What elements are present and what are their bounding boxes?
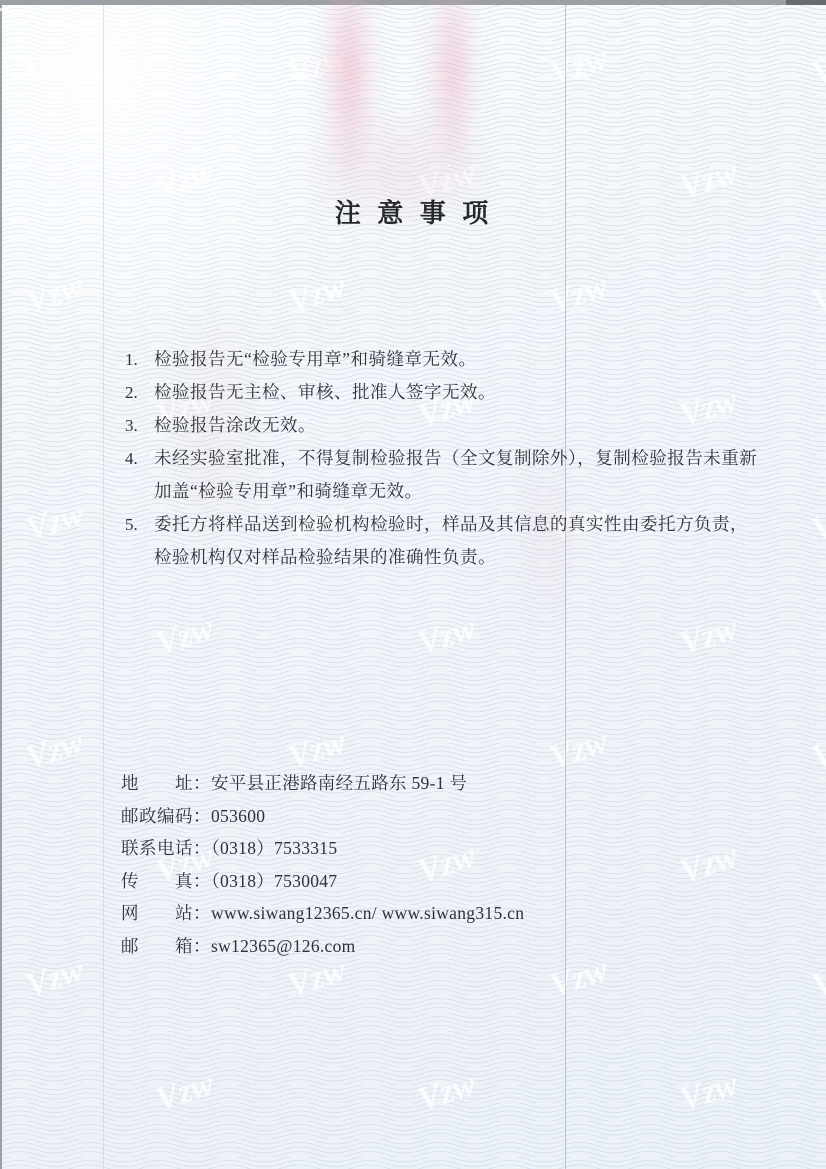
note-line: 检验报告无“检验专用章”和骑缝章无效。 <box>154 343 477 376</box>
document-page: Vzw Vzw 注 意 事 项 1. 检验报告无“检验专用章”和骑缝章无效。 <box>2 5 826 1169</box>
scanned-document: Vzw Vzw 注 意 事 项 1. 检验报告无“检验专用章”和骑缝章无效。 <box>0 0 826 1169</box>
contact-value: www.siwang12365.cn/ www.siwang315.cn <box>211 903 524 923</box>
note-number: 4. <box>125 442 154 508</box>
notice-title: 注 意 事 项 <box>2 193 826 230</box>
note-line: 委托方将样品送到检验机构检验时，样品及其信息的真实性由委托方负责， <box>154 508 748 541</box>
note-item: 3. 检验报告涂改无效。 <box>125 409 757 442</box>
contact-value: sw12365@126.com <box>211 936 356 956</box>
contact-label: 网 站： <box>121 903 211 923</box>
note-item: 4. 未经实验室批准，不得复制检验报告（全文复制除外），复制检验报告未重新 加盖… <box>125 442 757 508</box>
note-line: 检验报告涂改无效。 <box>154 409 316 442</box>
contact-row: 邮政编码：053600 <box>121 800 524 833</box>
notes-list: 1. 检验报告无“检验专用章”和骑缝章无效。 2. 检验报告无主检、审核、批准人… <box>125 343 757 574</box>
contact-value: （0318）7533315 <box>211 838 337 858</box>
note-item: 2. 检验报告无主检、审核、批准人签字无效。 <box>125 376 757 409</box>
note-line: 加盖“检验专用章”和骑缝章无效。 <box>154 475 757 508</box>
contact-value: 安平县正港路南经五路东 59-1 号 <box>211 773 467 793</box>
note-number: 3. <box>125 409 154 442</box>
contact-value: 053600 <box>211 806 265 826</box>
contact-row: 地 址：安平县正港路南经五路东 59-1 号 <box>121 767 524 800</box>
note-number: 1. <box>125 343 154 376</box>
contact-label: 传 真： <box>121 871 211 891</box>
contact-row: 传 真：（0318）7530047 <box>121 865 524 898</box>
contact-label: 联系电话： <box>121 838 211 858</box>
contact-row: 网 站：www.siwang12365.cn/ www.siwang315.cn <box>121 897 524 930</box>
contact-row: 邮 箱：sw12365@126.com <box>121 930 524 963</box>
note-line: 检验机构仅对样品检验结果的准确性负责。 <box>154 541 748 574</box>
contact-value: （0318）7530047 <box>211 871 337 891</box>
note-line: 检验报告无主检、审核、批准人签字无效。 <box>154 376 496 409</box>
note-number: 5. <box>125 508 154 574</box>
note-line: 未经实验室批准，不得复制检验报告（全文复制除外），复制检验报告未重新 <box>154 442 757 475</box>
contact-row: 联系电话：（0318）7533315 <box>121 832 524 865</box>
contact-block: 地 址：安平县正港路南经五路东 59-1 号 邮政编码：053600 联系电话：… <box>121 767 524 962</box>
contact-label: 邮政编码： <box>121 806 211 826</box>
contact-label: 邮 箱： <box>121 936 211 956</box>
note-number: 2. <box>125 376 154 409</box>
note-item: 5. 委托方将样品送到检验机构检验时，样品及其信息的真实性由委托方负责， 检验机… <box>125 508 757 574</box>
contact-label: 地 址： <box>121 773 211 793</box>
note-item: 1. 检验报告无“检验专用章”和骑缝章无效。 <box>125 343 757 376</box>
page-content: 注 意 事 项 1. 检验报告无“检验专用章”和骑缝章无效。 2. 检验报告无主… <box>2 5 826 1169</box>
